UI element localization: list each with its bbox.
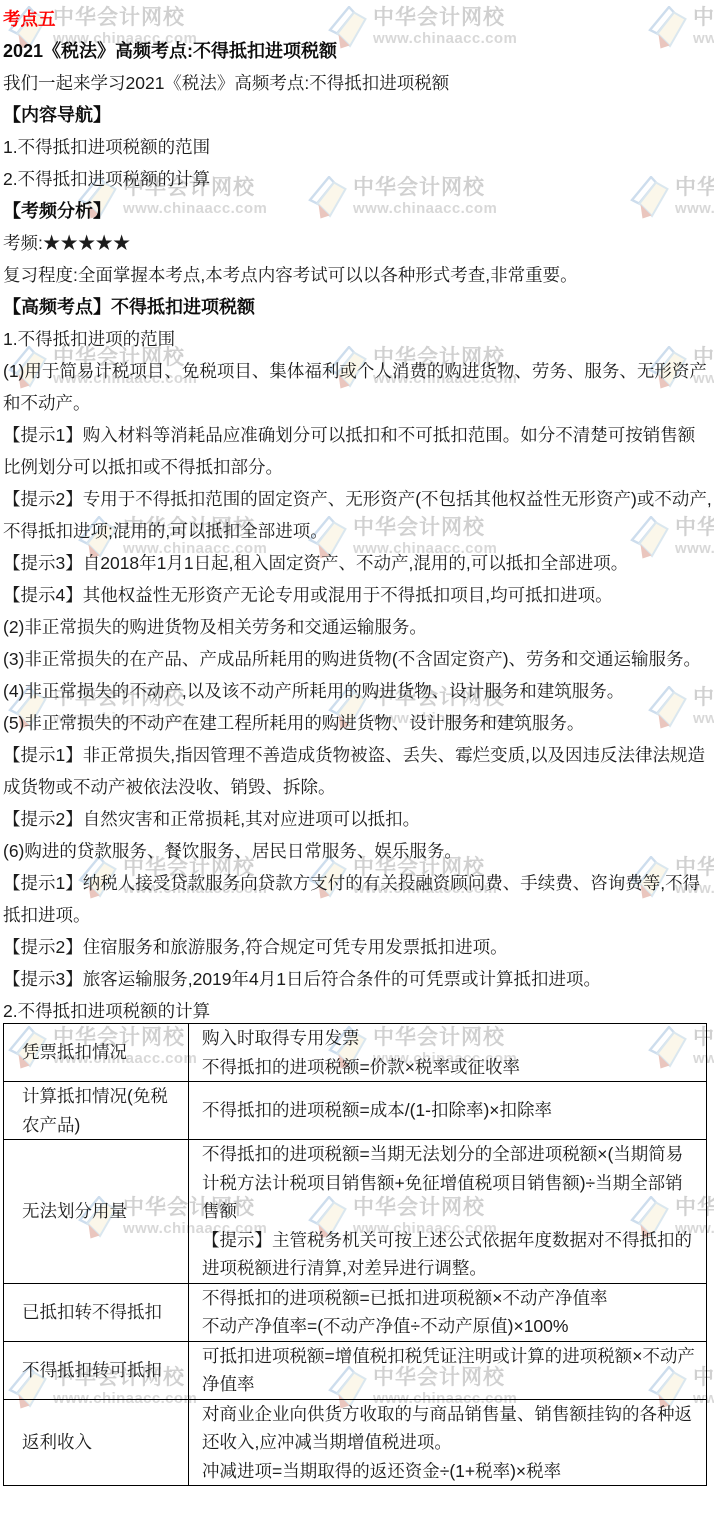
cell-line: 不动产净值率=(不动产净值÷不动产原值)×100% — [202, 1312, 700, 1341]
paragraph-list: 考点五2021《税法》高频考点:不得抵扣进项税额我们一起来学习2021《税法》高… — [3, 3, 712, 1027]
row-label-cell: 已抵扣转不得抵扣 — [4, 1283, 189, 1341]
cell-line: 冲减进项=当期取得的返还资金÷(1+税率)×税率 — [202, 1457, 700, 1486]
paragraph: 【提示3】旅客运输服务,2019年4月1日后符合条件的可凭票或计算抵扣进项。 — [3, 963, 712, 995]
table-row: 无法划分用量不得抵扣的进项税额=当期无法划分的全部进项税额×(当期简易计税方法计… — [4, 1140, 707, 1284]
section-heading: 【内容导航】 — [3, 99, 712, 131]
paragraph: 【提示1】购入材料等消耗品应准确划分可以抵扣和不可抵扣范围。如分不清楚可按销售额… — [3, 419, 712, 483]
calculation-table: 凭票抵扣情况购入时取得专用发票不得抵扣的进项税额=价款×税率或征收率计算抵扣情况… — [3, 1023, 707, 1486]
paragraph: (6)购进的贷款服务、餐饮服务、居民日常服务、娱乐服务。 — [3, 835, 712, 867]
paragraph: (4)非正常损失的不动产,以及该不动产所耗用的购进货物、设计服务和建筑服务。 — [3, 675, 712, 707]
paragraph: 【提示2】专用于不得抵扣范围的固定资产、无形资产(不包括其他权益性无形资产)或不… — [3, 483, 712, 547]
table-row: 返利收入对商业企业向供货方收取的与商品销售量、销售额挂钩的各种返还收入,应冲减当… — [4, 1399, 707, 1486]
paragraph: (1)用于简易计税项目、免税项目、集体福利或个人消费的购进货物、劳务、服务、无形… — [3, 355, 712, 419]
cell-line: 不得抵扣的进项税额=价款×税率或征收率 — [202, 1053, 700, 1082]
section-heading: 2021《税法》高频考点:不得抵扣进项税额 — [3, 35, 712, 67]
paragraph: 2.不得抵扣进项税额的计算 — [3, 163, 712, 195]
paragraph: 【提示1】纳税人接受贷款服务向贷款方支付的有关投融资顾问费、手续费、咨询费等,不… — [3, 867, 712, 931]
section-heading: 【考频分析】 — [3, 195, 712, 227]
paragraph: 复习程度:全面掌握本考点,本考点内容考试可以以各种形式考查,非常重要。 — [3, 259, 712, 291]
paragraph: 1.不得抵扣进项的范围 — [3, 323, 712, 355]
paragraph: 【提示2】住宿服务和旅游服务,符合规定可凭专用发票抵扣进项。 — [3, 931, 712, 963]
row-content-cell: 不得抵扣的进项税额=已抵扣进项税额×不动产净值率不动产净值率=(不动产净值÷不动… — [189, 1283, 707, 1341]
table-row: 已抵扣转不得抵扣不得抵扣的进项税额=已抵扣进项税额×不动产净值率不动产净值率=(… — [4, 1283, 707, 1341]
paragraph: (2)非正常损失的购进货物及相关劳务和交通运输服务。 — [3, 611, 712, 643]
table-row: 不得抵扣转可抵扣可抵扣进项税额=增值税扣税凭证注明或计算的进项税额×不动产净值率 — [4, 1341, 707, 1399]
paragraph: 1.不得抵扣进项税额的范围 — [3, 131, 712, 163]
row-label-cell: 返利收入 — [4, 1399, 189, 1486]
row-content-cell: 对商业企业向供货方收取的与商品销售量、销售额挂钩的各种返还收入,应冲减当期增值税… — [189, 1399, 707, 1486]
row-content-cell: 不得抵扣的进项税额=成本/(1-扣除率)×扣除率 — [189, 1082, 707, 1140]
exam-point-badge: 考点五 — [3, 3, 712, 35]
row-content-cell: 可抵扣进项税额=增值税扣税凭证注明或计算的进项税额×不动产净值率 — [189, 1341, 707, 1399]
cell-line: 【提示】主管税务机关可按上述公式依据年度数据对不得抵扣的进项税额进行清算,对差异… — [202, 1226, 700, 1283]
paragraph: 【提示3】自2018年1月1日起,租入固定资产、不动产,混用的,可以抵扣全部进项… — [3, 547, 712, 579]
cell-line: 不得抵扣的进项税额=已抵扣进项税额×不动产净值率 — [202, 1284, 700, 1313]
section-heading: 【高频考点】不得抵扣进项税额 — [3, 291, 712, 323]
cell-line: 不得抵扣的进项税额=当期无法划分的全部进项税额×(当期简易计税方法计税项目销售额… — [202, 1140, 700, 1226]
row-label-cell: 无法划分用量 — [4, 1140, 189, 1284]
document-content: 考点五2021《税法》高频考点:不得抵扣进项税额我们一起来学习2021《税法》高… — [0, 0, 714, 1486]
paragraph: (5)非正常损失的不动产在建工程所耗用的购进货物、设计服务和建筑服务。 — [3, 707, 712, 739]
cell-line: 对商业企业向供货方收取的与商品销售量、销售额挂钩的各种返还收入,应冲减当期增值税… — [202, 1400, 700, 1457]
cell-line: 可抵扣进项税额=增值税扣税凭证注明或计算的进项税额×不动产净值率 — [202, 1342, 700, 1399]
paragraph: 【提示1】非正常损失,指因管理不善造成货物被盗、丢失、霉烂变质,以及因违反法律法… — [3, 739, 712, 803]
table-row: 凭票抵扣情况购入时取得专用发票不得抵扣的进项税额=价款×税率或征收率 — [4, 1024, 707, 1082]
row-label-cell: 计算抵扣情况(免税农产品) — [4, 1082, 189, 1140]
row-content-cell: 不得抵扣的进项税额=当期无法划分的全部进项税额×(当期简易计税方法计税项目销售额… — [189, 1140, 707, 1284]
row-label-cell: 不得抵扣转可抵扣 — [4, 1341, 189, 1399]
paragraph: (3)非正常损失的在产品、产成品所耗用的购进货物(不含固定资产)、劳务和交通运输… — [3, 643, 712, 675]
paragraph: 考频:★★★★★ — [3, 227, 712, 259]
row-label-cell: 凭票抵扣情况 — [4, 1024, 189, 1082]
paragraph: 我们一起来学习2021《税法》高频考点:不得抵扣进项税额 — [3, 67, 712, 99]
paragraph: 【提示2】自然灾害和正常损耗,其对应进项可以抵扣。 — [3, 803, 712, 835]
cell-line: 购入时取得专用发票 — [202, 1024, 700, 1053]
cell-line: 不得抵扣的进项税额=成本/(1-扣除率)×扣除率 — [202, 1096, 700, 1125]
table-row: 计算抵扣情况(免税农产品)不得抵扣的进项税额=成本/(1-扣除率)×扣除率 — [4, 1082, 707, 1140]
row-content-cell: 购入时取得专用发票不得抵扣的进项税额=价款×税率或征收率 — [189, 1024, 707, 1082]
paragraph: 【提示4】其他权益性无形资产无论专用或混用于不得抵扣项目,均可抵扣进项。 — [3, 579, 712, 611]
